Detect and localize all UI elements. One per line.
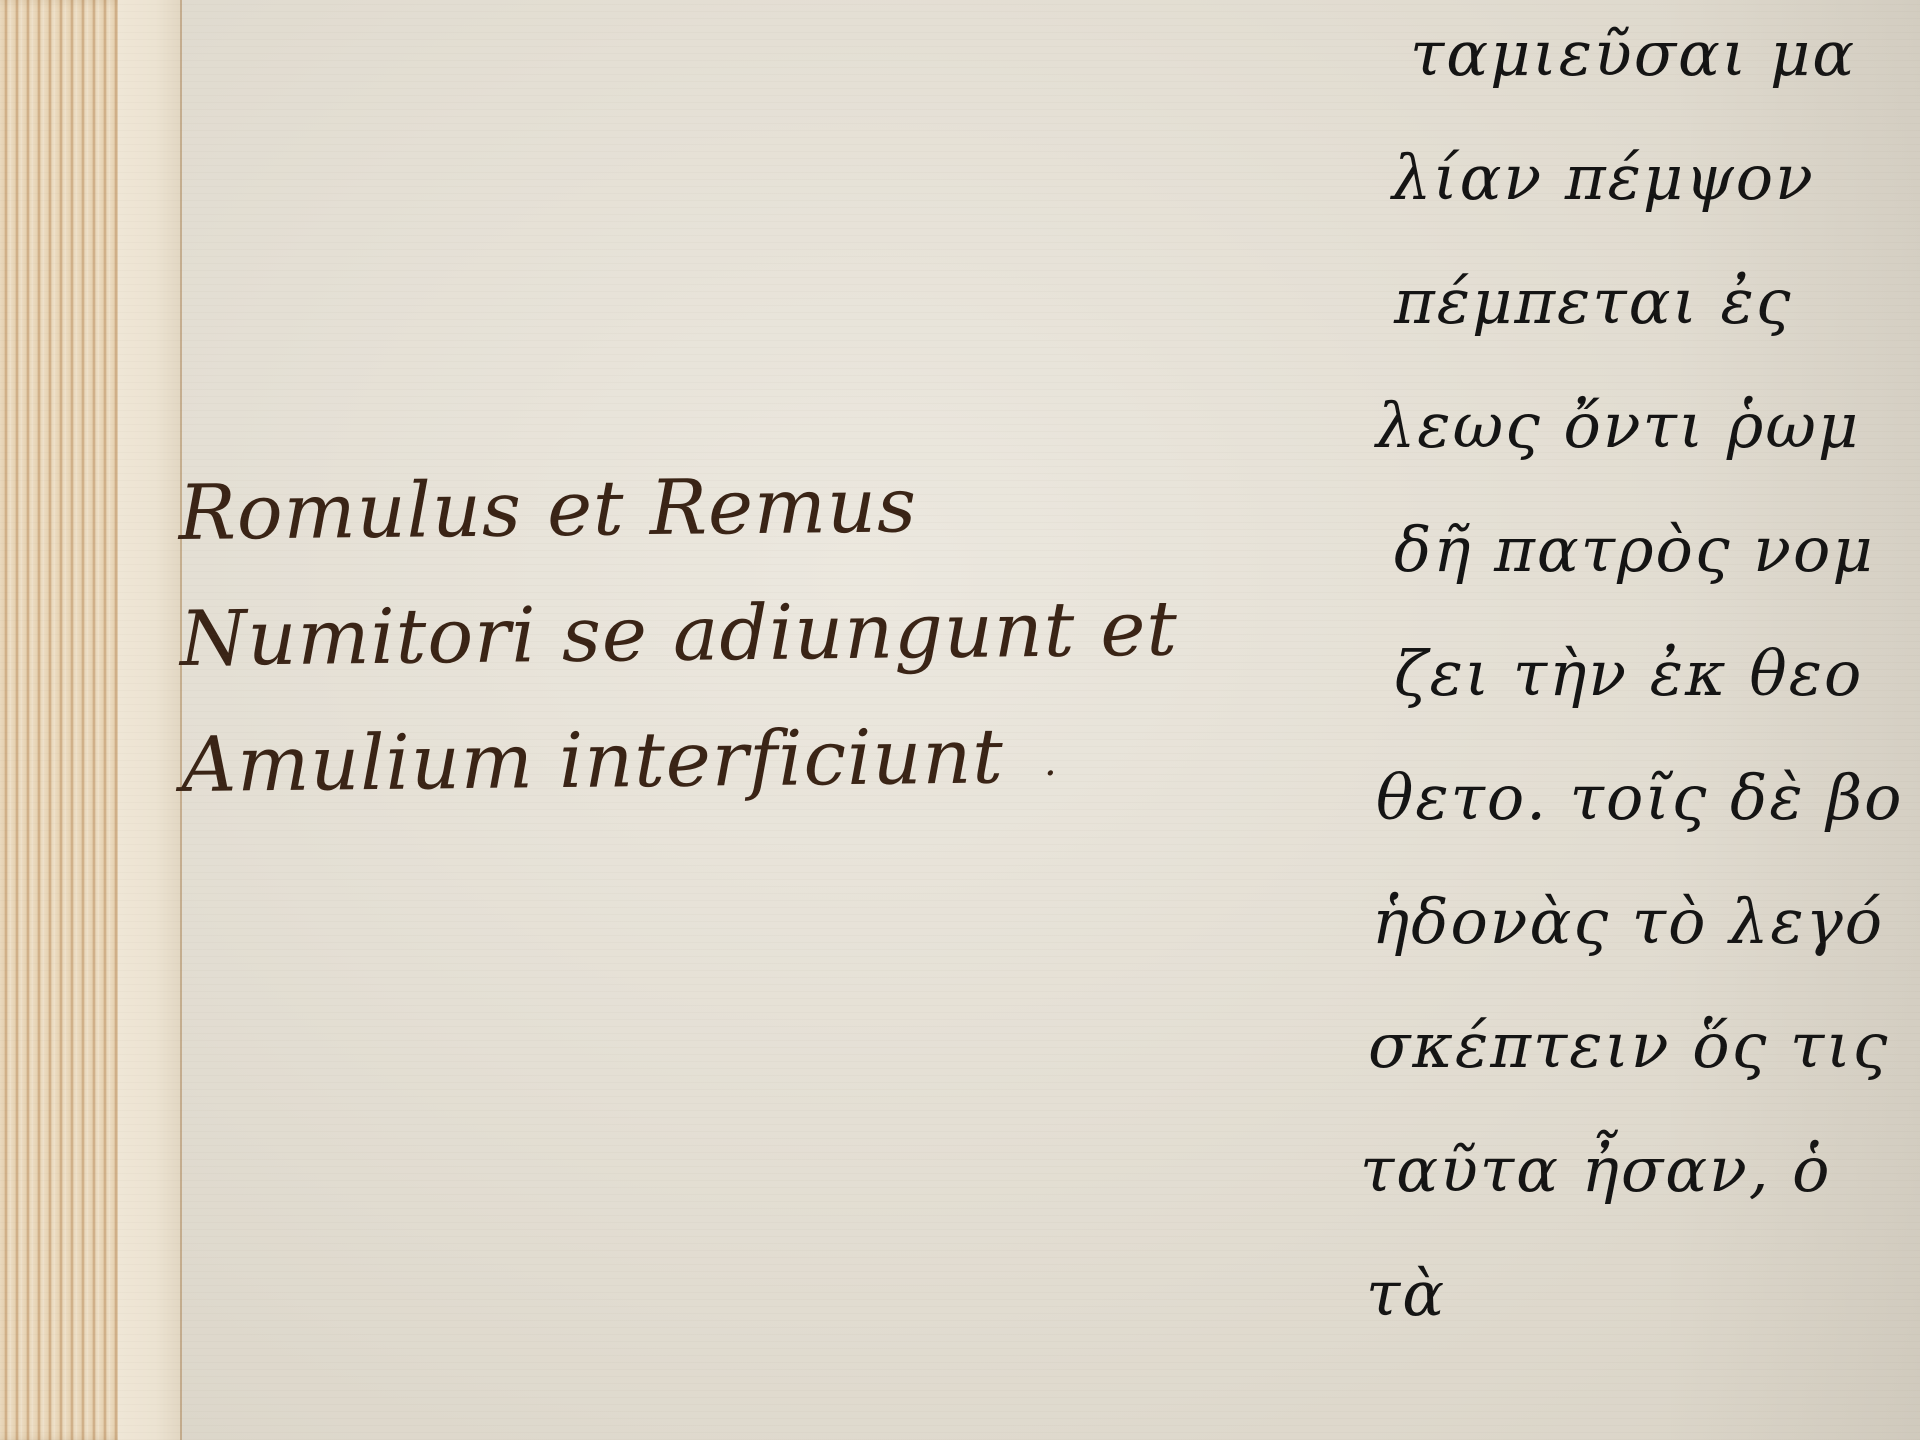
greek-text-line: πέμπεται ἐς — [1394, 240, 1920, 364]
annotation-line: Romulus et Remus — [178, 438, 1329, 576]
ink-dot: . — [1043, 699, 1058, 825]
greek-text-line: δῆ πατρὸς νομ — [1394, 488, 1920, 612]
greek-text-line: τὰ — [1366, 1232, 1920, 1356]
annotation-line: Amulium interficiunt. — [181, 690, 1332, 834]
manuscript-page: Romulus et Remus Numitori se adiungunt e… — [0, 0, 1920, 1440]
greek-text-line: λίαν πέμψον — [1392, 116, 1920, 240]
page-edge-stack — [0, 0, 130, 1440]
greek-text-line: σκέπτειν ὅς τις — [1368, 984, 1920, 1108]
greek-text-column: ταμιεῦσαι μα λίαν πέμψον πέμπεται ἐς λεω… — [1380, 0, 1920, 1356]
greek-text-line: ζει τὴν ἐκ θεο — [1394, 612, 1920, 736]
greek-text-line: λεως ὄντι ῥωμ — [1376, 364, 1920, 488]
page-margin-edge — [118, 0, 180, 1440]
greek-text-line: θετο. τοῖς δὲ βο — [1376, 736, 1920, 860]
greek-text-line: ταῦτα ἦσαν, ὁ — [1360, 1108, 1920, 1232]
annotation-line: Numitori se adiungunt et — [179, 564, 1330, 702]
greek-text-line: ταμιεῦσαι μα — [1410, 0, 1920, 116]
annotation-line-text: Amulium interficiunt — [181, 711, 1004, 809]
greek-text-line: ἡδονὰς τὸ λεγό — [1372, 860, 1920, 984]
latin-marginal-note: Romulus et Remus Numitori se adiungunt e… — [178, 438, 1332, 834]
